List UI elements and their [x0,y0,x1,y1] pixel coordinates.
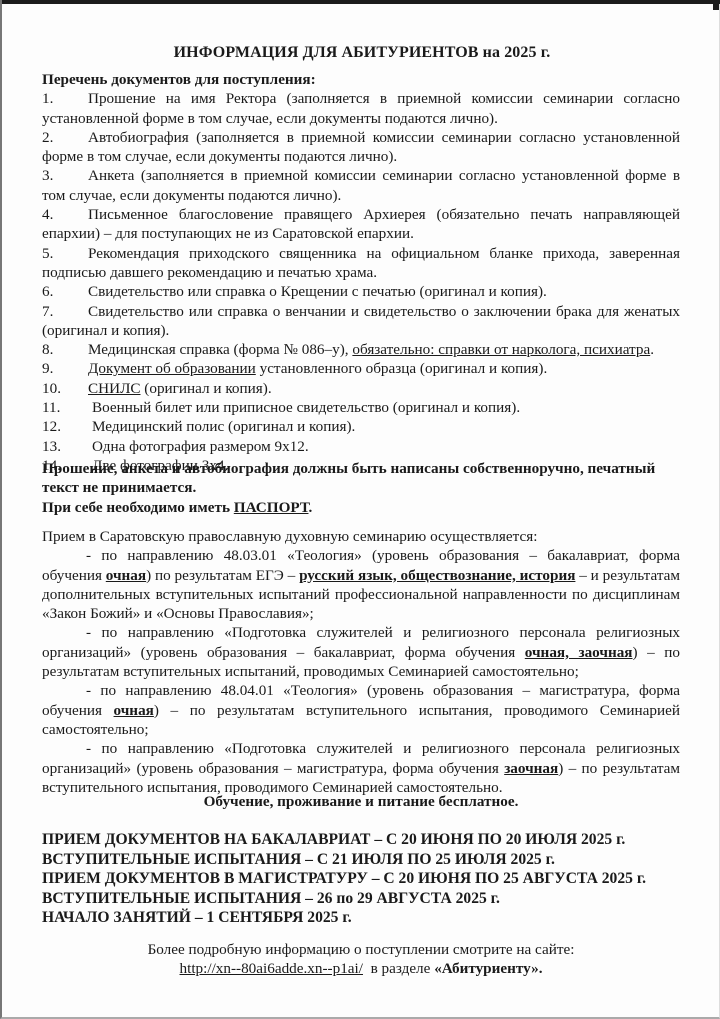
admission-path: - по направлению «Подготовка служителей … [42,623,680,681]
admission-path: - по направлению 48.04.01 «Теология» (ур… [42,681,680,739]
list-item: 3.Анкета (заполняется в приемной комисси… [42,166,680,205]
list-item: 12.Медицинский полис (оригинал и копия). [42,417,680,436]
underlined-requirement: Документ об образовании [88,360,256,377]
list-item: 1.Прошение на имя Ректора (заполняется в… [42,89,680,128]
list-item: 10.СНИЛС (оригинал и копия). [42,379,680,398]
admission-intro: Прием в Саратовскую православную духовну… [42,527,680,546]
date-line: ПРИЕМ ДОКУМЕНТОВ НА БАКАЛАВРИАТ – С 20 И… [42,830,680,850]
list-item: 2.Автобиография (заполняется в приемной … [42,128,680,167]
documents-section: Перечень документов для поступления: 1.П… [42,70,680,475]
list-item: 4.Письменное благословение правящего Арх… [42,205,680,244]
date-line: ВСТУПИТЕЛЬНЫЕ ИСПЫТАНИЯ – 26 по 29 АВГУС… [42,889,680,909]
date-line: ВСТУПИТЕЛЬНЫЕ ИСПЫТАНИЯ – С 21 ИЮЛЯ ПО 2… [42,850,680,870]
scan-border-top [2,0,720,4]
list-item: 9.Документ об образовании установленного… [42,359,680,378]
handwritten-note: Прошение, анкета и автобиография должны … [42,459,680,498]
list-item: 11.Военный билет или приписное свидетель… [42,398,680,417]
admission-path: - по направлению «Подготовка служителей … [42,739,680,797]
underlined-requirement: СНИЛС [88,380,141,397]
admission-path: - по направлению 48.03.01 «Теология» (ур… [42,546,680,623]
footer-link-line: http://xn--80ai6adde.xn--p1ai/ в разделе… [42,959,680,978]
free-note: Обучение, проживание и питание бесплатно… [42,792,680,811]
date-line: НАЧАЛО ЗАНЯТИЙ – 1 СЕНТЯБРЯ 2025 г. [42,908,680,928]
admission-section: Прием в Саратовскую православную духовну… [42,527,680,797]
list-item: 7.Свидетельство или справка о венчании и… [42,302,680,341]
underlined-requirement: обязательно: справки от нарколога, психи… [352,341,650,358]
dates-section: ПРИЕМ ДОКУМЕНТОВ НА БАКАЛАВРИАТ – С 20 И… [42,830,680,928]
page-title: ИНФОРМАЦИЯ ДЛЯ АБИТУРИЕНТОВ на 2025 г. [2,44,720,62]
footer-section: Более подробную информацию о поступлении… [42,940,680,979]
list-item: 6.Свидетельство или справка о Крещении с… [42,282,680,301]
passport-note: При себе необходимо иметь ПАСПОРТ. [42,498,680,517]
documents-heading: Перечень документов для поступления: [42,70,680,89]
footer-info-line: Более подробную информацию о поступлении… [42,940,680,959]
list-item: 5.Рекомендация приходского священника на… [42,244,680,283]
list-item: 8.Медицинская справка (форма № 086–у), о… [42,340,680,359]
date-line: ПРИЕМ ДОКУМЕНТОВ В МАГИСТРАТУРУ – С 20 И… [42,869,680,889]
list-item: 13.Одна фотография размером 9х12. [42,437,680,456]
website-link[interactable]: http://xn--80ai6adde.xn--p1ai/ [180,960,363,977]
scan-border-corner [713,0,719,10]
notes-section: Прошение, анкета и автобиография должны … [42,459,680,517]
scanned-page: ИНФОРМАЦИЯ ДЛЯ АБИТУРИЕНТОВ на 2025 г. П… [0,0,720,1019]
section-name: «Абитуриенту». [434,960,542,977]
